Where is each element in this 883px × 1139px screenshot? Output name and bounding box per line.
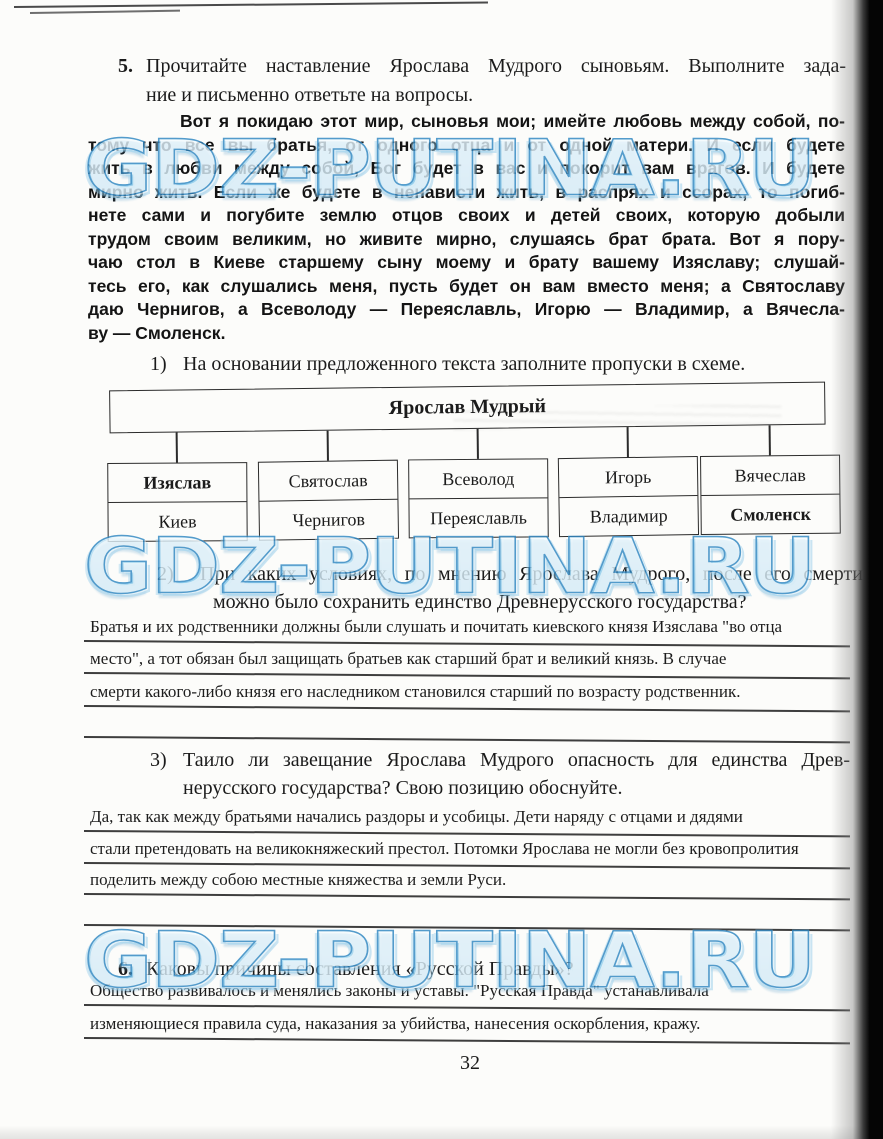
quote-line: тесь его, как слушались меня, пусть буде… <box>88 275 845 299</box>
watermark-gdz-putina: GDZ-PUTINA.RU <box>84 528 815 604</box>
answer-line: изменяющиеся правила суда, наказания за … <box>84 1005 850 1038</box>
quote-line: ву — Смоленск. <box>88 322 845 346</box>
task5-heading-line2: ние и письменно ответьте на вопросы. <box>118 81 846 110</box>
subtask1-heading-line: 1) На основании предложенного текста зап… <box>150 350 850 379</box>
previous-page-rule-line <box>30 10 180 14</box>
scheme-name-cell: Вячеслав <box>701 456 839 496</box>
subtask1-number: 1) <box>150 350 167 379</box>
yaroslav-scheme-diagram: Ярослав Мудрый Изяслав Киев Святослав Че… <box>109 382 829 545</box>
scheme-connector-line <box>769 425 771 455</box>
answer-line: стали претендовать на великокняжеский пр… <box>84 831 850 863</box>
quote-line: трудом своим великим, но живите мирно, с… <box>88 228 845 252</box>
task5-heading: 5. Прочитайте наставление Ярослава Мудро… <box>118 52 846 110</box>
subtask1-heading: 1) На основании предложенного текста зап… <box>150 350 850 379</box>
subtask3-heading-line1: 3) Таило ли завещание Ярослава Мудрого о… <box>150 746 850 774</box>
task5-number: 5. <box>118 52 133 81</box>
workbook-scan-page: 5. Прочитайте наставление Ярослава Мудро… <box>0 0 883 1139</box>
answer-line-empty <box>84 706 850 737</box>
scheme-connector-line <box>477 429 479 459</box>
previous-page-rule-line <box>14 1 488 8</box>
subtask2-answer-block: Братья и их родственники должны были слу… <box>84 609 850 737</box>
scheme-connector-line <box>627 427 629 457</box>
quote-line: даю Чернигов, а Всеволоду — Переяславль,… <box>88 298 845 322</box>
quote-line: чаю стол в Киеве старшему сыну моему и б… <box>88 251 845 275</box>
ruled-line <box>84 736 850 743</box>
scheme-name-cell: Всеволод <box>409 459 547 499</box>
subtask3-heading: 3) Таило ли завещание Ярослава Мудрого о… <box>150 746 850 802</box>
answer-line: поделить между собою местные княжества и… <box>84 863 850 894</box>
scheme-name-cell: Святослав <box>259 461 398 502</box>
scheme-name-cell: Изяслав <box>108 463 246 503</box>
scan-bottom-shadow <box>0 1125 883 1139</box>
subtask3-number: 3) <box>150 746 167 774</box>
answer-line: Братья и их родственники должны были слу… <box>84 609 850 641</box>
watermark-gdz-putina: GDZ-PUTINA.RU <box>84 130 815 206</box>
answer-line: смерти какого-либо князя его наследником… <box>84 673 850 706</box>
scan-edge-shadow <box>831 0 883 1139</box>
task5-heading-line1: 5. Прочитайте наставление Ярослава Мудро… <box>118 52 846 81</box>
answer-line: Да, так как между братьями начались разд… <box>84 799 850 831</box>
watermark-gdz-putina: GDZ-PUTINA.RU <box>84 922 815 998</box>
scheme-connector-line <box>327 431 329 461</box>
scheme-name-cell: Игорь <box>559 457 698 498</box>
answer-line: место", а тот обязан был защищать братье… <box>84 641 850 673</box>
page-number: 32 <box>85 1052 855 1075</box>
scheme-connector-line <box>176 433 178 463</box>
subtask3-answer-block: Да, так как между братьями начались разд… <box>84 799 850 925</box>
subtask3-heading-line2: нерусского государства? Свою позицию обо… <box>150 774 850 802</box>
ruled-line <box>84 1037 850 1044</box>
